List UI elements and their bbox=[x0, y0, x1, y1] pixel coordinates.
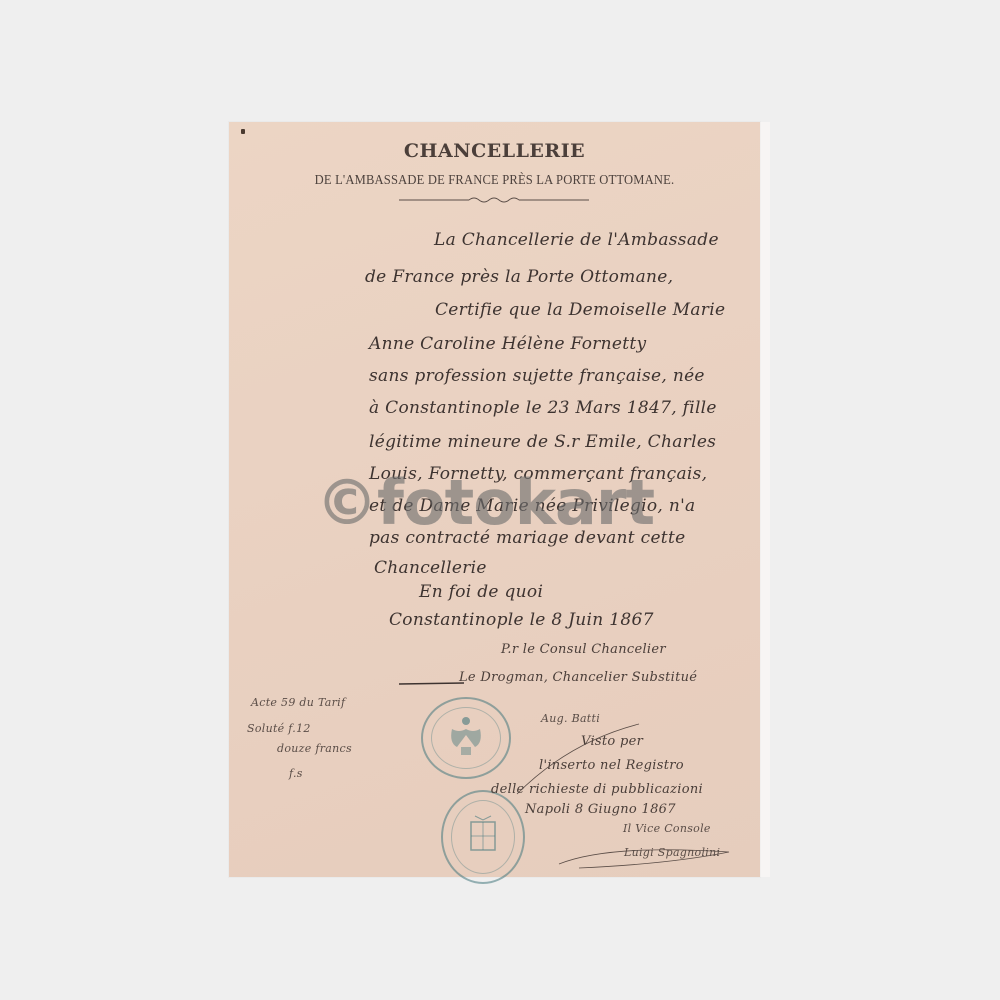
body-line-5: sans profession sujette française, née bbox=[369, 366, 705, 386]
french-consulate-stamp bbox=[421, 697, 511, 779]
italian-consulate-stamp bbox=[441, 790, 525, 884]
margin-note-line-2: Soluté f.12 bbox=[247, 722, 311, 735]
margin-note-line-1: Acte 59 du Tarif bbox=[251, 696, 345, 709]
signature-line-2: Le Drogman, Chancelier Substitué bbox=[459, 670, 697, 685]
annotation-italian-4: Napoli 8 Giugno 1867 bbox=[525, 802, 676, 817]
body-line-2: de France près la Porte Ottomane, bbox=[365, 267, 673, 287]
coat-of-arms-icon bbox=[465, 814, 501, 858]
letterhead-title: CHANCELLERIE bbox=[229, 140, 760, 162]
closing-en-foi: En foi de quoi bbox=[419, 582, 543, 602]
margin-note-line-4: f.s bbox=[289, 767, 303, 780]
margin-note-line-3: douze francs bbox=[277, 742, 352, 755]
annotation-stroke-icon bbox=[509, 722, 649, 802]
closing-place-date: Constantinople le 8 Juin 1867 bbox=[389, 610, 654, 630]
eagle-emblem-icon bbox=[447, 715, 485, 759]
letterhead-subtitle: DE L'AMBASSADE DE FRANCE PRÈS LA PORTE O… bbox=[248, 172, 742, 188]
body-line-6: à Constantinople le 23 Mars 1847, fille bbox=[369, 398, 717, 418]
signature-underline-icon bbox=[399, 678, 479, 688]
ornament-divider-icon bbox=[399, 195, 589, 205]
body-line-1: La Chancellerie de l'Ambassade bbox=[434, 230, 719, 250]
paper-edge-strip bbox=[760, 122, 770, 877]
body-line-4: Anne Caroline Hélène Fornetty bbox=[369, 334, 646, 354]
signature-line-1: P.r le Consul Chancelier bbox=[501, 642, 666, 657]
fotokart-watermark: ©fotokart bbox=[316, 472, 654, 534]
signature-flourish-icon bbox=[549, 834, 749, 874]
body-line-11: Chancellerie bbox=[374, 558, 487, 578]
body-line-7: légitime mineure de S.r Emile, Charles bbox=[369, 432, 716, 452]
ink-spot bbox=[241, 129, 245, 134]
body-line-3: Certifie que la Demoiselle Marie bbox=[435, 300, 725, 320]
